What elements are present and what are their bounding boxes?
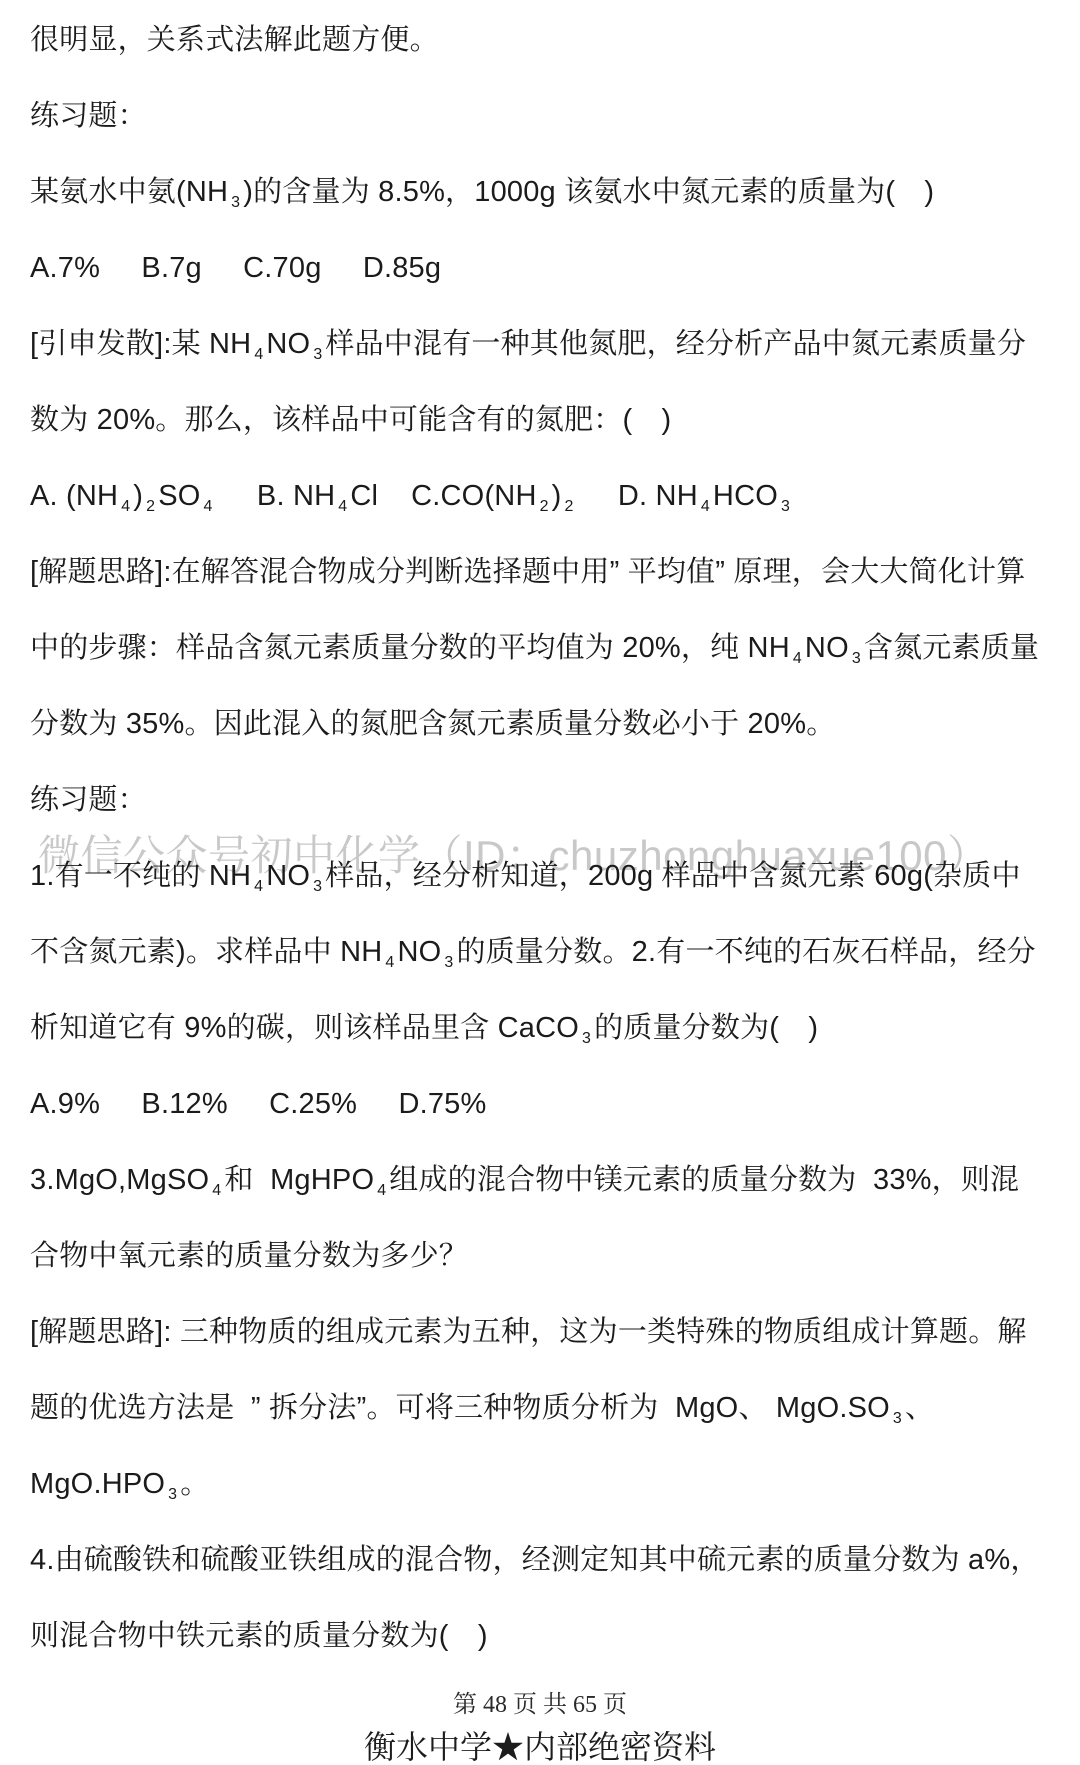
text-line-21: 4.由硫酸铁和硫酸亚铁组成的混合物，经测定知其中硫元素的质量分数为 a%， — [30, 1522, 1062, 1598]
text-line-14: 析知道它有 9%的碳，则该样品里含 CaCO3的质量分数为( ) — [30, 990, 1062, 1066]
text-line-2: 练习题： — [30, 78, 1062, 154]
text-line-5: [引申发散]:某 NH4NO3样品中混有一种其他氮肥，经分析产品中氮元素质量分 — [30, 306, 1062, 382]
text-line-6: 数为 20%。那么，该样品中可能含有的氮肥：( ) — [30, 382, 1062, 458]
text-line-20: MgO.HPO3。 — [30, 1446, 1062, 1522]
text-line-13: 不含氮元素)。求样品中 NH4NO3的质量分数。2.有一不纯的石灰石样品，经分 — [30, 914, 1062, 990]
subscript: 3 — [852, 650, 861, 667]
text-line-1: 很明显，关系式法解此题方便。 — [30, 2, 1062, 78]
subscript: 2 — [565, 498, 574, 515]
document-body: 很明显，关系式法解此题方便。练习题：某氨水中氨(NH3)的含量为 8.5%，10… — [30, 2, 1062, 1674]
subscript: 3 — [781, 498, 790, 515]
text-line-15: A.9% B.12% C.25% D.75% — [30, 1066, 1062, 1142]
subscript: 4 — [204, 498, 213, 515]
subscript: 4 — [254, 878, 263, 895]
footer-page-number: 第 48 页 共 65 页 — [0, 1684, 1080, 1719]
footer-doc-title: 衡水中学★内部绝密资料 — [0, 1722, 1080, 1765]
text-line-3: 某氨水中氨(NH3)的含量为 8.5%，1000g 该氨水中氮元素的质量为( ) — [30, 154, 1062, 230]
text-line-12: 1.有一不纯的 NH4NO3样品，经分析知道，200g 样品中含氮元素 60g(… — [30, 838, 1062, 914]
text-line-4: A.7% B.7g C.70g D.85g — [30, 230, 1062, 306]
subscript: 2 — [540, 498, 549, 515]
subscript: 4 — [701, 498, 710, 515]
subscript: 3 — [168, 1486, 177, 1503]
subscript: 3 — [582, 1030, 591, 1047]
text-line-16: 3.MgO,MgSO4和 MgHPO4组成的混合物中镁元素的质量分数为 33%，… — [30, 1142, 1062, 1218]
subscript: 4 — [377, 1182, 386, 1199]
text-line-8: [解题思路]:在解答混合物成分判断选择题中用” 平均值” 原理，会大大简化计算 — [30, 534, 1062, 610]
text-line-18: [解题思路]: 三种物质的组成元素为五种，这为一类特殊的物质组成计算题。解 — [30, 1294, 1062, 1370]
text-line-7: A. (NH4)2SO4 B. NH4Cl C.CO(NH2)2 D. NH4H… — [30, 458, 1062, 534]
subscript: 2 — [146, 498, 155, 515]
subscript: 3 — [313, 346, 322, 363]
subscript: 4 — [385, 954, 394, 971]
subscript: 4 — [121, 498, 130, 515]
subscript: 3 — [893, 1410, 902, 1427]
subscript: 4 — [254, 346, 263, 363]
subscript: 3 — [231, 194, 240, 211]
subscript: 4 — [212, 1182, 221, 1199]
subscript: 3 — [444, 954, 453, 971]
subscript: 4 — [793, 650, 802, 667]
text-line-10: 分数为 35%。因此混入的氮肥含氮元素质量分数必小于 20%。 — [30, 686, 1062, 762]
subscript: 3 — [313, 878, 322, 895]
subscript: 4 — [338, 498, 347, 515]
document-page: 微信公众号初中化学（ID：chuzhonghuaxue100） 很明显，关系式法… — [0, 0, 1080, 1765]
text-line-17: 合物中氧元素的质量分数为多少？ — [30, 1218, 1062, 1294]
text-line-19: 题的优选方法是 ” 拆分法”。可将三种物质分析为 MgO、 MgO.SO3、 — [30, 1370, 1062, 1446]
text-line-9: 中的步骤：样品含氮元素质量分数的平均值为 20%，纯 NH4NO3含氮元素质量 — [30, 610, 1062, 686]
text-line-11: 练习题： — [30, 762, 1062, 838]
text-line-22: 则混合物中铁元素的质量分数为( ) — [30, 1598, 1062, 1674]
